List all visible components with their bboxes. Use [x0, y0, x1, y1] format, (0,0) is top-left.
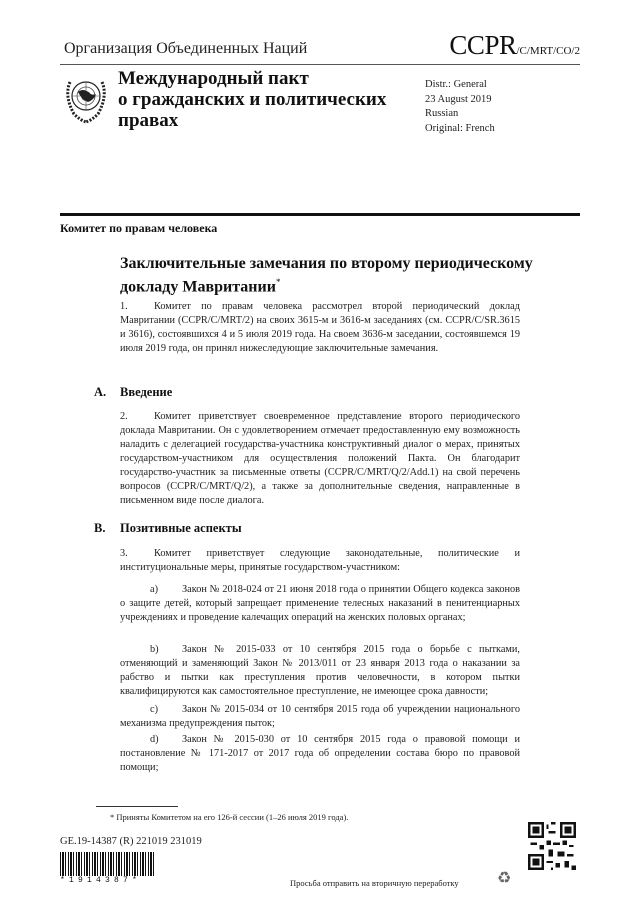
- section-letter: B.: [94, 521, 120, 536]
- list-item-label: a): [150, 583, 182, 597]
- list-item: d)Закон № 2015-030 от 10 сентября 2015 г…: [120, 733, 520, 775]
- treaty-title: Международный пакт о гражданских и полит…: [118, 68, 408, 131]
- section-title: Введение: [120, 385, 172, 399]
- organization-name: Организация Объединенных Наций: [64, 40, 307, 58]
- section-letter: A.: [94, 385, 120, 400]
- document-title-line: докладу Мавритании: [120, 278, 276, 295]
- symbol-sub: /C/MRT/CO/2: [516, 45, 580, 57]
- qr-code-icon: [528, 822, 576, 870]
- document-title-line: Заключительные замечания по второму пери…: [120, 254, 540, 273]
- paragraph-text: Комитет приветствует своевременное предс…: [120, 411, 520, 506]
- date: 23 August 2019: [425, 93, 495, 108]
- section-a-heading: A.Введение: [94, 385, 172, 400]
- list-item-label: c): [150, 703, 182, 717]
- header-divider: [60, 64, 580, 65]
- symbol-main: CCPR: [449, 30, 516, 60]
- list-item: b)Закон № 2015-033 от 10 сентября 2015 г…: [120, 643, 520, 699]
- paragraph-number: 1.: [120, 300, 154, 314]
- footnote: * Приняты Комитетом на его 126-й сессии …: [110, 812, 348, 822]
- paragraph-1: 1.Комитет по правам человека рассмотрел …: [120, 300, 520, 356]
- recycle-notice: Просьба отправить на вторичную переработ…: [290, 878, 459, 888]
- paragraph-text: Комитет приветствует следующие законодат…: [120, 548, 520, 573]
- footnote-divider: [96, 806, 178, 807]
- original-language: Original: French: [425, 122, 495, 137]
- document-title: Заключительные замечания по второму пери…: [120, 254, 540, 296]
- un-emblem-icon: [64, 70, 108, 128]
- paragraph-2: 2.Комитет приветствует своевременное пре…: [120, 410, 520, 508]
- section-b-heading: B.Позитивные аспекты: [94, 521, 242, 536]
- paragraph-number: 2.: [120, 410, 154, 424]
- list-item: a)Закон № 2018-024 от 21 июня 2018 года …: [120, 583, 520, 625]
- treaty-title-line: Международный пакт: [118, 68, 408, 89]
- committee-name: Комитет по правам человека: [60, 221, 217, 236]
- document-number: GE.19-14387 (R) 221019 231019: [60, 836, 202, 847]
- treaty-title-line: правах: [118, 110, 408, 131]
- barcode-icon: [60, 852, 156, 876]
- barcode-number: *1914387*: [60, 876, 141, 885]
- paragraph-number: 3.: [120, 547, 154, 561]
- footnote-marker[interactable]: *: [276, 277, 281, 287]
- distribution: Distr.: General: [425, 78, 495, 93]
- section-title: Позитивные аспекты: [120, 521, 242, 535]
- language: Russian: [425, 107, 495, 122]
- recycle-icon: ♻: [497, 868, 511, 888]
- list-item-label: b): [150, 643, 182, 657]
- paragraph-text: Комитет по правам человека рассмотрел вт…: [120, 301, 520, 354]
- list-item: c)Закон № 2015-034 от 10 сентября 2015 г…: [120, 703, 520, 731]
- list-item-label: d): [150, 733, 182, 747]
- paragraph-3: 3.Комитет приветствует следующие законод…: [120, 547, 520, 575]
- document-meta: Distr.: General 23 August 2019 Russian O…: [425, 78, 495, 136]
- document-symbol: CCPR/C/MRT/CO/2: [449, 30, 580, 61]
- treaty-title-line: о гражданских и политических: [118, 89, 408, 110]
- thick-divider: [60, 213, 580, 216]
